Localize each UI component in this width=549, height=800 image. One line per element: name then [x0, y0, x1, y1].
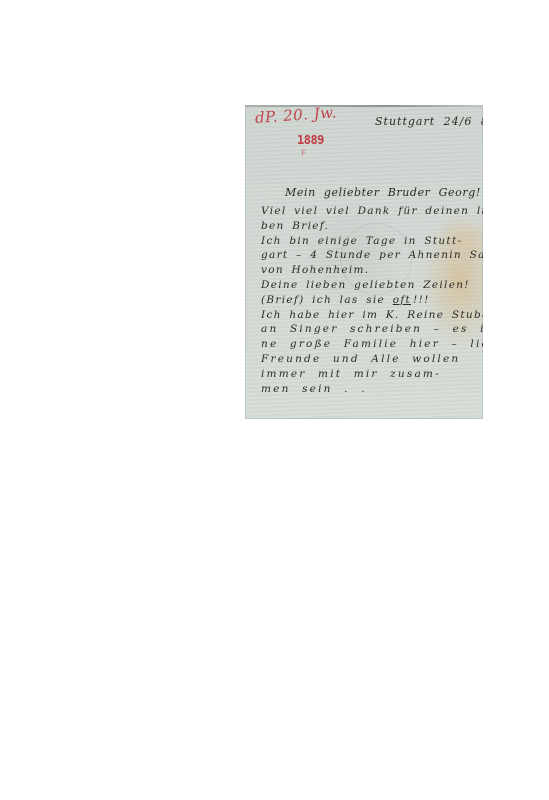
archival-reference-mark: dP. 20. Jw. [254, 105, 337, 127]
archival-sub-mark: F [301, 149, 306, 159]
letter-line: gart – 4 Stunde per Ahnenin Sa-fer [261, 248, 483, 263]
letter-line: Ich bin einige Tage in Stutt- [261, 234, 483, 249]
letter-line-text: (Brief) ich las sie [261, 294, 385, 306]
archival-year-stamp: 1889 [297, 135, 324, 145]
letter-line: men sein . . [261, 382, 483, 397]
letter-line: immer mit mir zusam- [261, 367, 483, 382]
letter-line: Ich habe hier im K. Reine Stube [261, 308, 483, 323]
letter-body: Viel viel viel Dank für deinen lie- ben … [261, 204, 483, 396]
letter-line: ben Brief. [261, 219, 483, 234]
letter-line: ne große Familie hier – liebe [261, 337, 483, 352]
letter-date-line: Stuttgart 24/6 89. [375, 115, 483, 128]
letter-salutation: Mein geliebter Bruder Georg! [285, 186, 481, 199]
letter-line: Freunde und Alle wollen [261, 352, 483, 367]
underlined-emphasis: oft [393, 294, 411, 306]
letter-line: Viel viel viel Dank für deinen lie- [261, 204, 483, 219]
letter-line: von Hohenheim. [261, 263, 483, 278]
exclamation-marks: !!! [413, 294, 430, 306]
letter-line: (Brief) ich las sie oft!!! [261, 293, 483, 308]
letter-line: Deine lieben geliebten Zeilen! [261, 278, 483, 293]
letter-line: an Singer schreiben – es ist ei- [261, 322, 483, 337]
document-page: dP. 20. Jw. 1889 F Stuttgart 24/6 89. Me… [0, 0, 549, 800]
letter-sheet: dP. 20. Jw. 1889 F Stuttgart 24/6 89. Me… [245, 105, 483, 419]
